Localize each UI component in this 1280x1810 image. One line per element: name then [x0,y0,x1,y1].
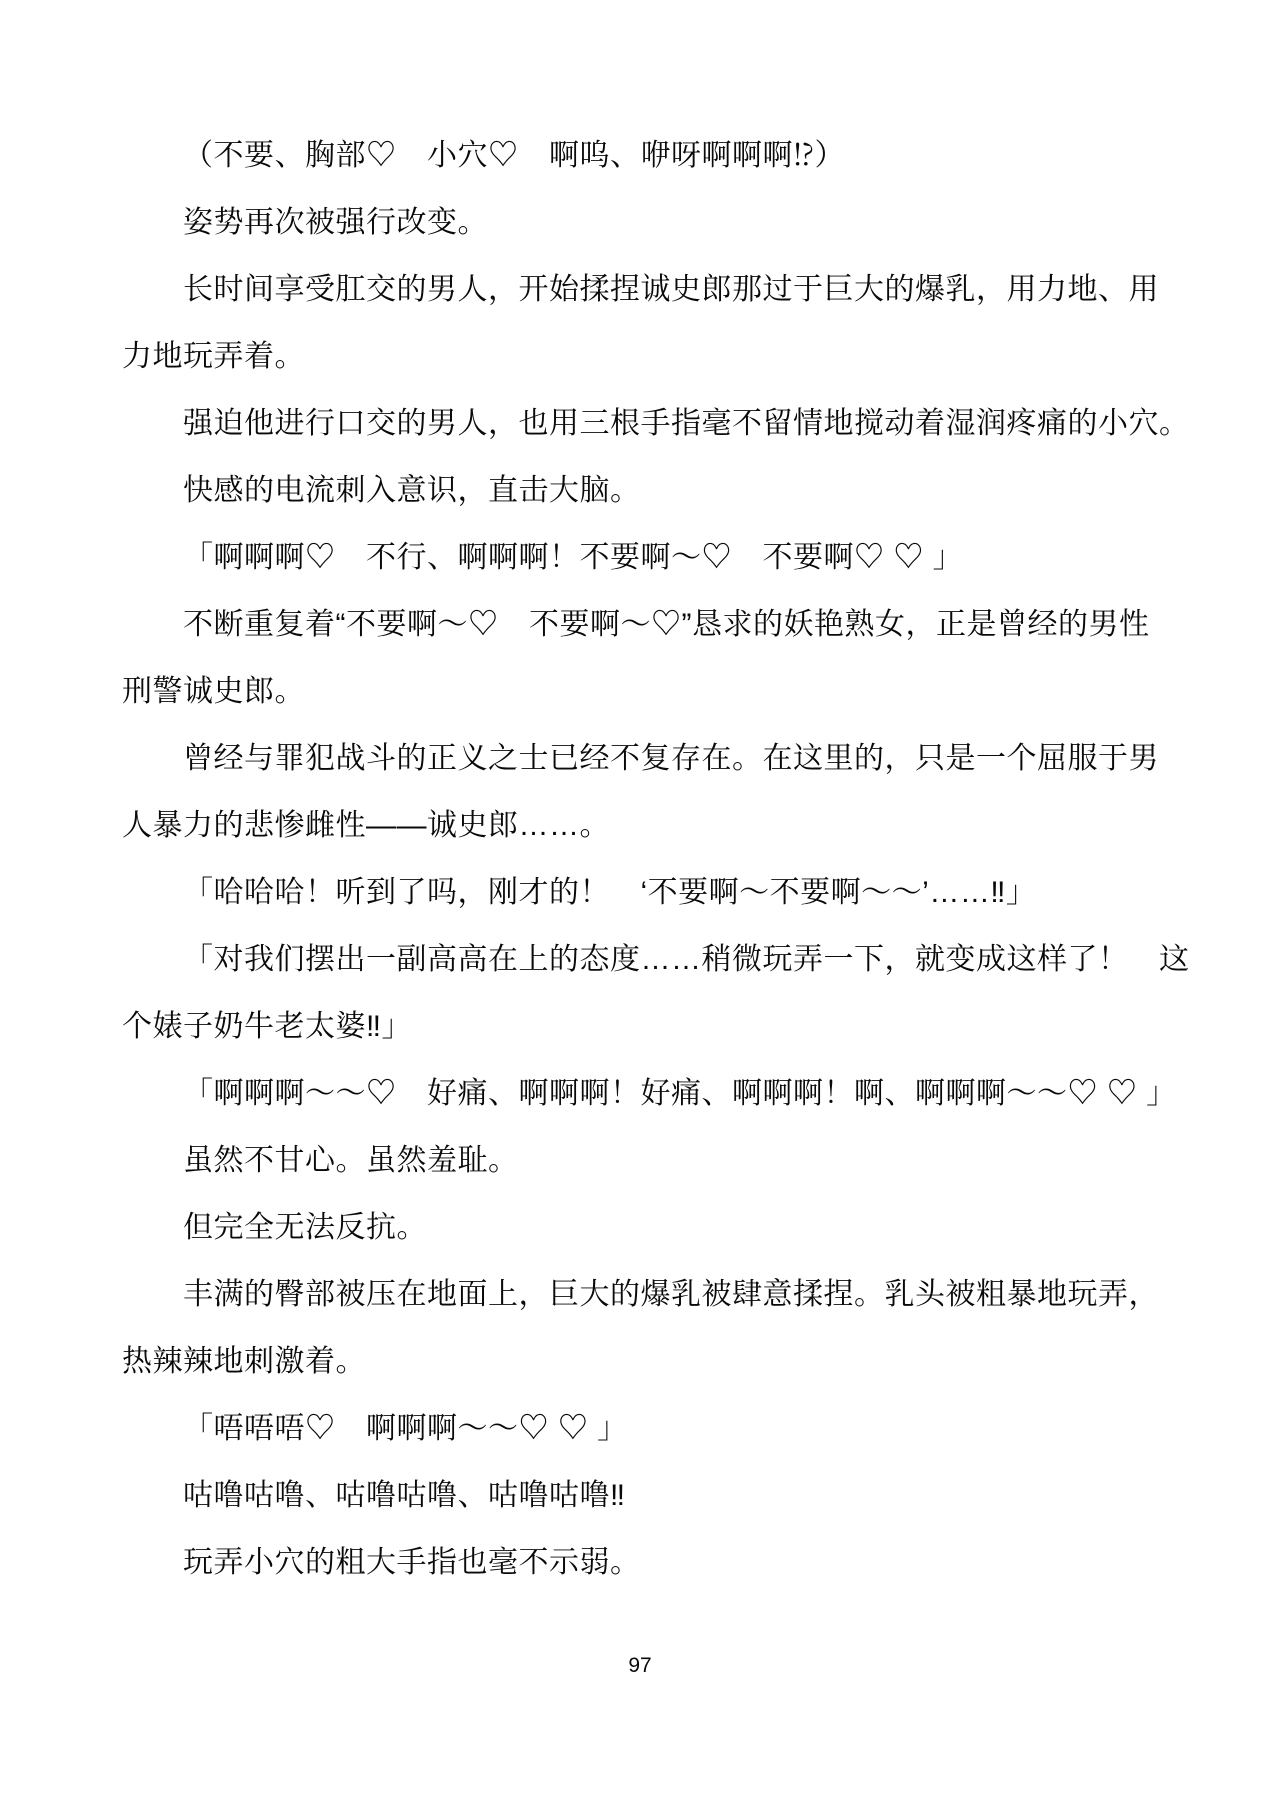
text-line: 丰满的臀部被压在地面上，巨大的爆乳被肆意揉捏。乳头被粗暴地玩弄， [122,1261,1242,1328]
text-line: （不要、胸部♡ 小穴♡ 啊呜、咿呀啊啊啊⁉） [122,122,1242,189]
text-line: 姿势再次被强行改变。 [122,189,1242,256]
text-line: 不断重复着“不要啊～♡ 不要啊～♡”恳求的妖艳熟女，正是曾经的男性 [122,591,1242,658]
text-line: 快感的电流刺入意识，直击大脑。 [122,457,1242,524]
text-line: 「唔唔唔♡ 啊啊啊～～♡ ♡ 」 [122,1395,1242,1462]
text-line: 「对我们摆出一副高高在上的态度……稍微玩弄一下，就变成这样了！ 这 [122,926,1242,993]
text-line: 长时间享受肛交的男人，开始揉捏诚史郎那过于巨大的爆乳，用力地、用 [122,256,1242,323]
text-line: 曾经与罪犯战斗的正义之士已经不复存在。在这里的，只是一个屈服于男 [122,725,1242,792]
document-page: （不要、胸部♡ 小穴♡ 啊呜、咿呀啊啊啊⁉）姿势再次被强行改变。长时间享受肛交的… [0,0,1280,1810]
text-line: 但完全无法反抗。 [122,1194,1242,1261]
text-line: 玩弄小穴的粗大手指也毫不示弱。 [122,1529,1242,1596]
text-line: 虽然不甘心。虽然羞耻。 [122,1127,1242,1194]
text-line: 「啊啊啊♡ 不行、啊啊啊！不要啊～♡ 不要啊♡ ♡ 」 [122,524,1242,591]
text-line: 个婊子奶牛老太婆‼」 [122,993,1242,1060]
text-line: 热辣辣地刺激着。 [122,1328,1242,1395]
text-line: 咕噜咕噜、咕噜咕噜、咕噜咕噜‼ [122,1462,1242,1529]
page-number: 97 [0,1652,1280,1680]
text-line: 刑警诚史郎。 [122,658,1242,725]
text-line: 「啊啊啊～～♡ 好痛、啊啊啊！好痛、啊啊啊！啊、啊啊啊～～♡ ♡ 」 [122,1060,1242,1127]
text-body: （不要、胸部♡ 小穴♡ 啊呜、咿呀啊啊啊⁉）姿势再次被强行改变。长时间享受肛交的… [122,122,1242,1596]
text-line: 力地玩弄着。 [122,323,1242,390]
text-line: 「哈哈哈！听到了吗，刚才的！ ‘不要啊～不要啊～～’……‼」 [122,859,1242,926]
text-line: 人暴力的悲惨雌性——诚史郎……。 [122,792,1242,859]
text-line: 强迫他进行口交的男人，也用三根手指毫不留情地搅动着湿润疼痛的小穴。 [122,390,1242,457]
